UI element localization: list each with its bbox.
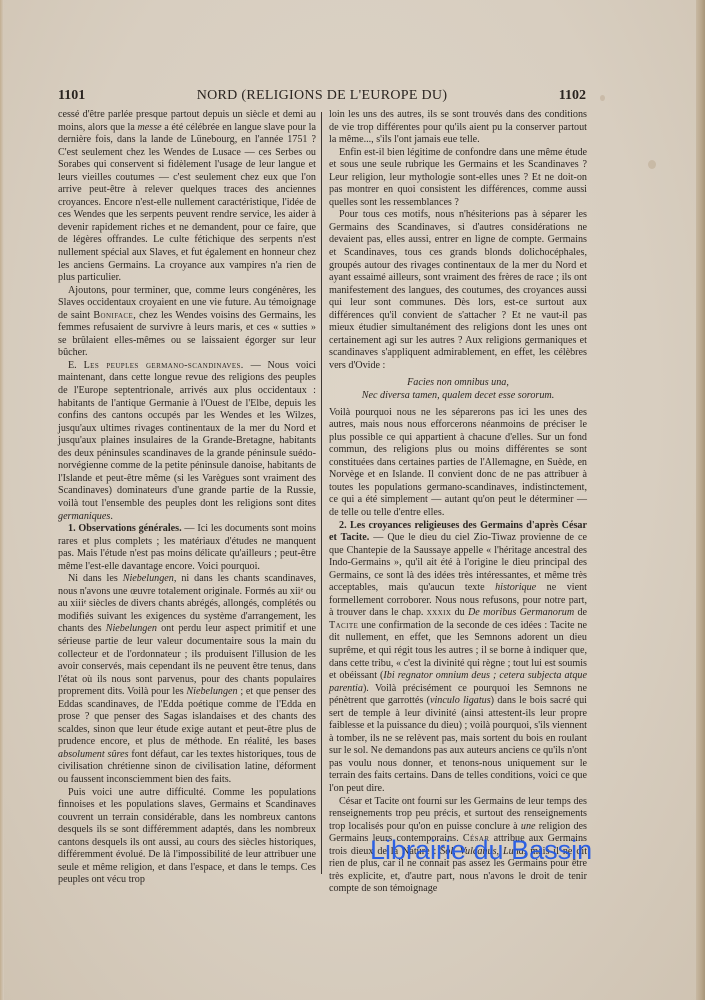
verse-line: Facies non omnibus una,	[407, 377, 509, 388]
paragraph: Ajoutons, pour terminer, que, comme leur…	[58, 285, 316, 360]
small-caps-name: Boniface	[93, 310, 133, 321]
italic-text: historique	[495, 582, 536, 593]
text: .	[110, 511, 113, 522]
text: Enfin est-il bien légitime de confondre …	[329, 147, 587, 208]
italic-text: De moribus Germanorum	[468, 607, 574, 618]
text: du	[451, 607, 468, 618]
italic-text: vinculo ligatus	[430, 695, 491, 706]
running-header: 1101 NORD (RELIGIONS DE L'EUROPE DU) 110…	[58, 88, 586, 106]
paper-stain	[600, 95, 605, 101]
text: Pour tous ces motifs, nous n'hésiterions…	[329, 209, 587, 371]
text: loin les uns des autres, ils se sont tro…	[329, 109, 587, 145]
paragraph: Ni dans les Niebelungen, ni dans les cha…	[58, 573, 316, 786]
right-page-number: 1102	[559, 88, 586, 104]
page-right-edge	[696, 0, 705, 1000]
italic-text: Niebelungen	[123, 573, 174, 584]
paragraph: Puis voici une autre difficulté. Comme l…	[58, 787, 316, 887]
verse-quote: Facies non omnibus una,Nec diversa tamen…	[329, 377, 587, 402]
subsection-heading: 1. Observations générales.	[68, 523, 182, 534]
paragraph: Enfin est-il bien légitime de confondre …	[329, 147, 587, 210]
text: Ni dans les	[68, 573, 123, 584]
subsection-paragraph: 2. Les croyances religieuses des Germain…	[329, 520, 587, 796]
subsection-paragraph: 1. Observations générales. — Ici les doc…	[58, 523, 316, 573]
scanned-page: 1101 NORD (RELIGIONS DE L'EUROPE DU) 110…	[0, 0, 705, 1000]
text: Puis voici une autre difficulté. Comme l…	[58, 787, 316, 886]
italic-text: Niebelungen	[186, 686, 237, 697]
section-label: E.	[68, 360, 84, 371]
small-caps-numeral: xxxix	[427, 607, 452, 618]
paragraph: cessé d'être parlée presque partout depu…	[58, 109, 316, 285]
italic-text: germaniques	[58, 511, 110, 522]
text: de	[574, 607, 587, 618]
small-caps-name: Tacite	[329, 620, 358, 631]
italic-text: Niebelungen	[106, 623, 157, 634]
italic-text: une	[521, 821, 536, 832]
right-column: loin les uns des autres, ils se sont tro…	[329, 109, 587, 896]
text: ) dans le bois sacré qui sert de temple …	[329, 695, 587, 794]
paragraph: Pour tous ces motifs, nous n'hésiterions…	[329, 209, 587, 372]
paragraph: loin les uns des autres, ils se sont tro…	[329, 109, 587, 147]
text: Voilà pourquoi nous ne les séparerons pa…	[329, 407, 587, 518]
column-divider	[321, 112, 322, 874]
verse-line: Nec diversa tamen, qualem decet esse sor…	[362, 390, 555, 401]
watermark: Librairie du Bassin	[370, 835, 592, 866]
text: a été célébrée en langue slave pour la d…	[58, 122, 316, 284]
section-heading: Les peuples germano-scandinaves.	[84, 360, 244, 371]
paper-stain	[648, 160, 656, 169]
text: — Nous voici maintenant, dans cette long…	[58, 360, 316, 509]
page-left-edge	[0, 0, 4, 1000]
paragraph: Voilà pourquoi nous ne les séparerons pa…	[329, 407, 587, 520]
italic-text: messe	[137, 122, 161, 133]
page-title: NORD (RELIGIONS DE L'EUROPE DU)	[58, 88, 586, 104]
section-paragraph: E. Les peuples germano-scandinaves. — No…	[58, 360, 316, 523]
italic-text: absolument sûres	[58, 749, 129, 760]
left-column: cessé d'être parlée presque partout depu…	[58, 109, 316, 887]
